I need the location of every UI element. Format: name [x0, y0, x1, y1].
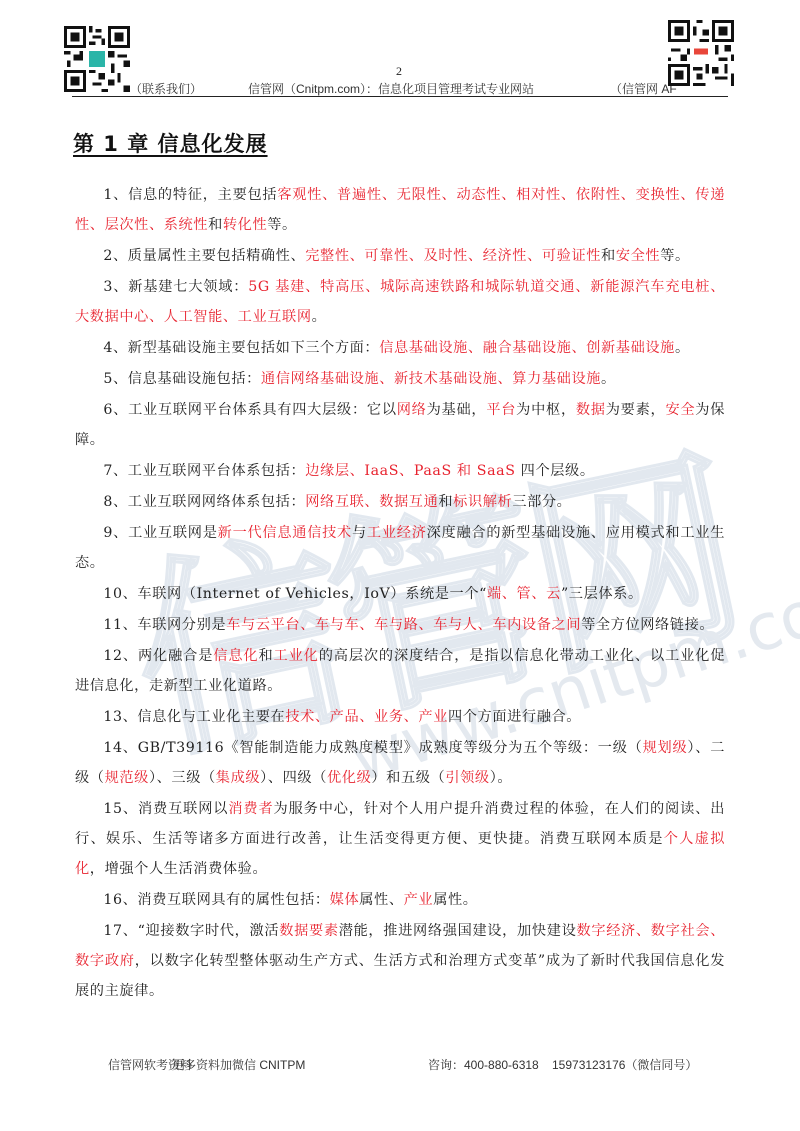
- paragraph-list: 1、信息的特征，主要包括客观性、普遍性、无限性、动态性、相对性、依附性、变换性、…: [75, 180, 725, 1006]
- highlight-text: 安全性: [616, 248, 660, 264]
- body-text: ，以数字化转型整体驱动生产方式、生活方式和治理方式变革”成为了新时代我国信息化发…: [75, 953, 725, 999]
- list-item: 12、两化融合是信息化和工业化的高层次的深度结合，是指以信息化带动工业化、以工业…: [75, 641, 725, 701]
- document-body: 第 1 章 信息化发展 1、信息的特征，主要包括客观性、普遍性、无限性、动态性、…: [75, 128, 725, 1007]
- highlight-text: 媒体: [330, 892, 360, 908]
- highlight-text: 信息基础设施、融合基础设施、创新基础设施: [379, 340, 675, 356]
- body-text: 等全方位网络链接。: [581, 617, 714, 633]
- body-text: 10、车联网（Internet of Vehicles，IoV）系统是一个“: [103, 586, 487, 602]
- page-number: 2: [396, 64, 402, 79]
- highlight-text: 数据要素: [279, 923, 338, 939]
- body-text: ，增强个人生活消费体验。: [90, 861, 267, 877]
- body-text: ）、三级（: [149, 770, 216, 786]
- list-item: 7、工业互联网平台体系包括：边缘层、IaaS、PaaS 和 SaaS 四个层级。: [75, 456, 725, 486]
- body-text: 8、工业互联网网络体系包括：: [103, 494, 305, 510]
- highlight-text: 产业: [404, 892, 434, 908]
- highlight-text: 工业化: [274, 648, 319, 664]
- list-item: 6、工业互联网平台体系具有四大层级：它以网络为基础，平台为中枢，数据为要素，安全…: [75, 395, 725, 455]
- list-item: 3、新基建七大领域：5G 基建、特高压、城际高速铁路和城际轨道交通、新能源汽车充…: [75, 272, 725, 332]
- highlight-text: 端、管、云: [487, 586, 561, 602]
- body-text: 16、消费互联网具有的属性包括：: [103, 892, 329, 908]
- body-text: 3、新基建七大领域：: [103, 279, 248, 295]
- body-text: 和: [438, 494, 453, 510]
- site-label: 信管网（Cnitpm.com）：信息化项目管理考试专业网站: [248, 80, 534, 97]
- list-item: 8、工业互联网网络体系包括：网络互联、数据互通和标识解析三部分。: [75, 487, 725, 517]
- body-text: 等。: [660, 248, 690, 264]
- qr-code-icon: [668, 20, 734, 86]
- body-text: ）、四级（: [260, 770, 327, 786]
- list-item: 17、“迎接数字时代，激活数据要素潜能，推进网络强国建设，加快建设数字经济、数字…: [75, 916, 725, 1006]
- highlight-text: 完整性、可靠性、及时性、经济性、可验证性: [305, 248, 601, 264]
- footer-wechat: 更多资料加微信 CNITPM: [172, 1056, 305, 1073]
- body-text: 15、消费互联网以: [103, 801, 228, 817]
- body-text: 11、车联网分别是: [103, 617, 226, 633]
- highlight-text: 技术、产品、业务、产业: [285, 709, 448, 725]
- highlight-text: 转化性: [223, 217, 267, 233]
- body-text: 5、信息基础设施包括：: [103, 371, 261, 387]
- body-text: 为要素，: [606, 402, 666, 418]
- highlight-text: 平台: [486, 402, 516, 418]
- body-text: 2、质量属性主要包括精确性、: [103, 248, 305, 264]
- highlight-text: 引领级: [445, 770, 489, 786]
- qr-code-icon: [64, 26, 130, 92]
- footer-mobile: 15973123176（微信同号）: [552, 1056, 697, 1073]
- body-text: 。: [675, 340, 690, 356]
- body-text: 四个层级。: [516, 463, 595, 479]
- list-item: 9、工业互联网是新一代信息通信技术与工业经济深度融合的新型基础设施、应用模式和工…: [75, 518, 725, 578]
- app-label: （信管网 AF: [610, 80, 677, 97]
- body-text: 。: [312, 309, 327, 325]
- header-divider: [72, 96, 728, 97]
- list-item: 13、信息化与工业化主要在技术、产品、业务、产业四个方面进行融合。: [75, 702, 725, 732]
- list-item: 16、消费互联网具有的属性包括：媒体属性、产业属性。: [75, 885, 725, 915]
- highlight-text: 安全: [665, 402, 695, 418]
- body-text: 6、工业互联网平台体系具有四大层级：它以: [103, 402, 396, 418]
- highlight-text: 集成级: [216, 770, 260, 786]
- body-text: 12、两化融合是: [103, 648, 213, 664]
- body-text: 四个方面进行融合。: [448, 709, 581, 725]
- body-text: 7、工业互联网平台体系包括：: [103, 463, 305, 479]
- list-item: 11、车联网分别是车与云平台、车与车、车与路、车与人、车内设备之间等全方位网络链…: [75, 610, 725, 640]
- body-text: 4、新型基础设施主要包括如下三个方面：: [103, 340, 379, 356]
- list-item: 5、信息基础设施包括：通信网络基础设施、新技术基础设施、算力基础设施。: [75, 364, 725, 394]
- contact-us-label: （联系我们）: [130, 80, 202, 97]
- highlight-text: 消费者: [228, 801, 273, 817]
- list-item: 14、GB/T39116《智能制造能力成熟度模型》成熟度等级分为五个等级：一级（…: [75, 733, 725, 793]
- highlight-text: 标识解析: [453, 494, 512, 510]
- body-text: ）和五级（: [371, 770, 445, 786]
- page-header: （联系我们） 2 信管网（Cnitpm.com）：信息化项目管理考试专业网站 （…: [0, 0, 800, 100]
- body-text: 14、GB/T39116《智能制造能力成熟度模型》成熟度等级分为五个等级：一级（: [103, 740, 642, 756]
- list-item: 1、信息的特征，主要包括客观性、普遍性、无限性、动态性、相对性、依附性、变换性、…: [75, 180, 725, 240]
- body-text: 17、“迎接数字时代，激活: [103, 923, 279, 939]
- list-item: 2、质量属性主要包括精确性、完整性、可靠性、及时性、经济性、可验证性和安全性等。: [75, 241, 725, 271]
- body-text: 属性、: [359, 892, 403, 908]
- highlight-text: 数据: [576, 402, 606, 418]
- list-item: 4、新型基础设施主要包括如下三个方面：信息基础设施、融合基础设施、创新基础设施。: [75, 333, 725, 363]
- body-text: 9、工业互联网是: [103, 525, 217, 541]
- body-text: 和: [601, 248, 616, 264]
- body-text: 和: [258, 648, 273, 664]
- highlight-text: 网络互联、数据互通: [305, 494, 438, 510]
- body-text: ）。: [490, 770, 512, 786]
- highlight-text: 优化级: [327, 770, 371, 786]
- body-text: 属性。: [433, 892, 477, 908]
- highlight-text: 通信网络基础设施、新技术基础设施、算力基础设施: [261, 371, 601, 387]
- body-text: 三部分。: [512, 494, 571, 510]
- highlight-text: 车与云平台、车与车、车与路、车与人、车内设备之间: [226, 617, 581, 633]
- body-text: 。: [601, 371, 616, 387]
- highlight-text: 规划级: [643, 740, 688, 756]
- body-text: 潜能，推进网络强国建设，加快建设: [339, 923, 577, 939]
- footer-phone: 咨询：400-880-6318: [428, 1056, 539, 1073]
- body-text: 等。: [267, 217, 297, 233]
- body-text: 为基础，: [427, 402, 487, 418]
- highlight-text: 新一代信息通信技术: [218, 525, 352, 541]
- list-item: 10、车联网（Internet of Vehicles，IoV）系统是一个“端、…: [75, 579, 725, 609]
- highlight-text: 网络: [397, 402, 427, 418]
- body-text: 1、信息的特征，主要包括: [103, 187, 277, 203]
- body-text: 为中枢，: [516, 402, 576, 418]
- highlight-text: 信息化: [213, 648, 258, 664]
- body-text: ”三层体系。: [561, 586, 643, 602]
- body-text: 与: [352, 525, 367, 541]
- highlight-text: 边缘层、IaaS、PaaS 和 SaaS: [305, 463, 515, 479]
- highlight-text: 工业经济: [367, 525, 427, 541]
- body-text: 13、信息化与工业化主要在: [103, 709, 285, 725]
- highlight-text: 规范级: [105, 770, 149, 786]
- chapter-title: 第 1 章 信息化发展: [73, 128, 725, 158]
- list-item: 15、消费互联网以消费者为服务中心，针对个人用户提升消费过程的体验，在人们的阅读…: [75, 794, 725, 884]
- body-text: 和: [208, 217, 223, 233]
